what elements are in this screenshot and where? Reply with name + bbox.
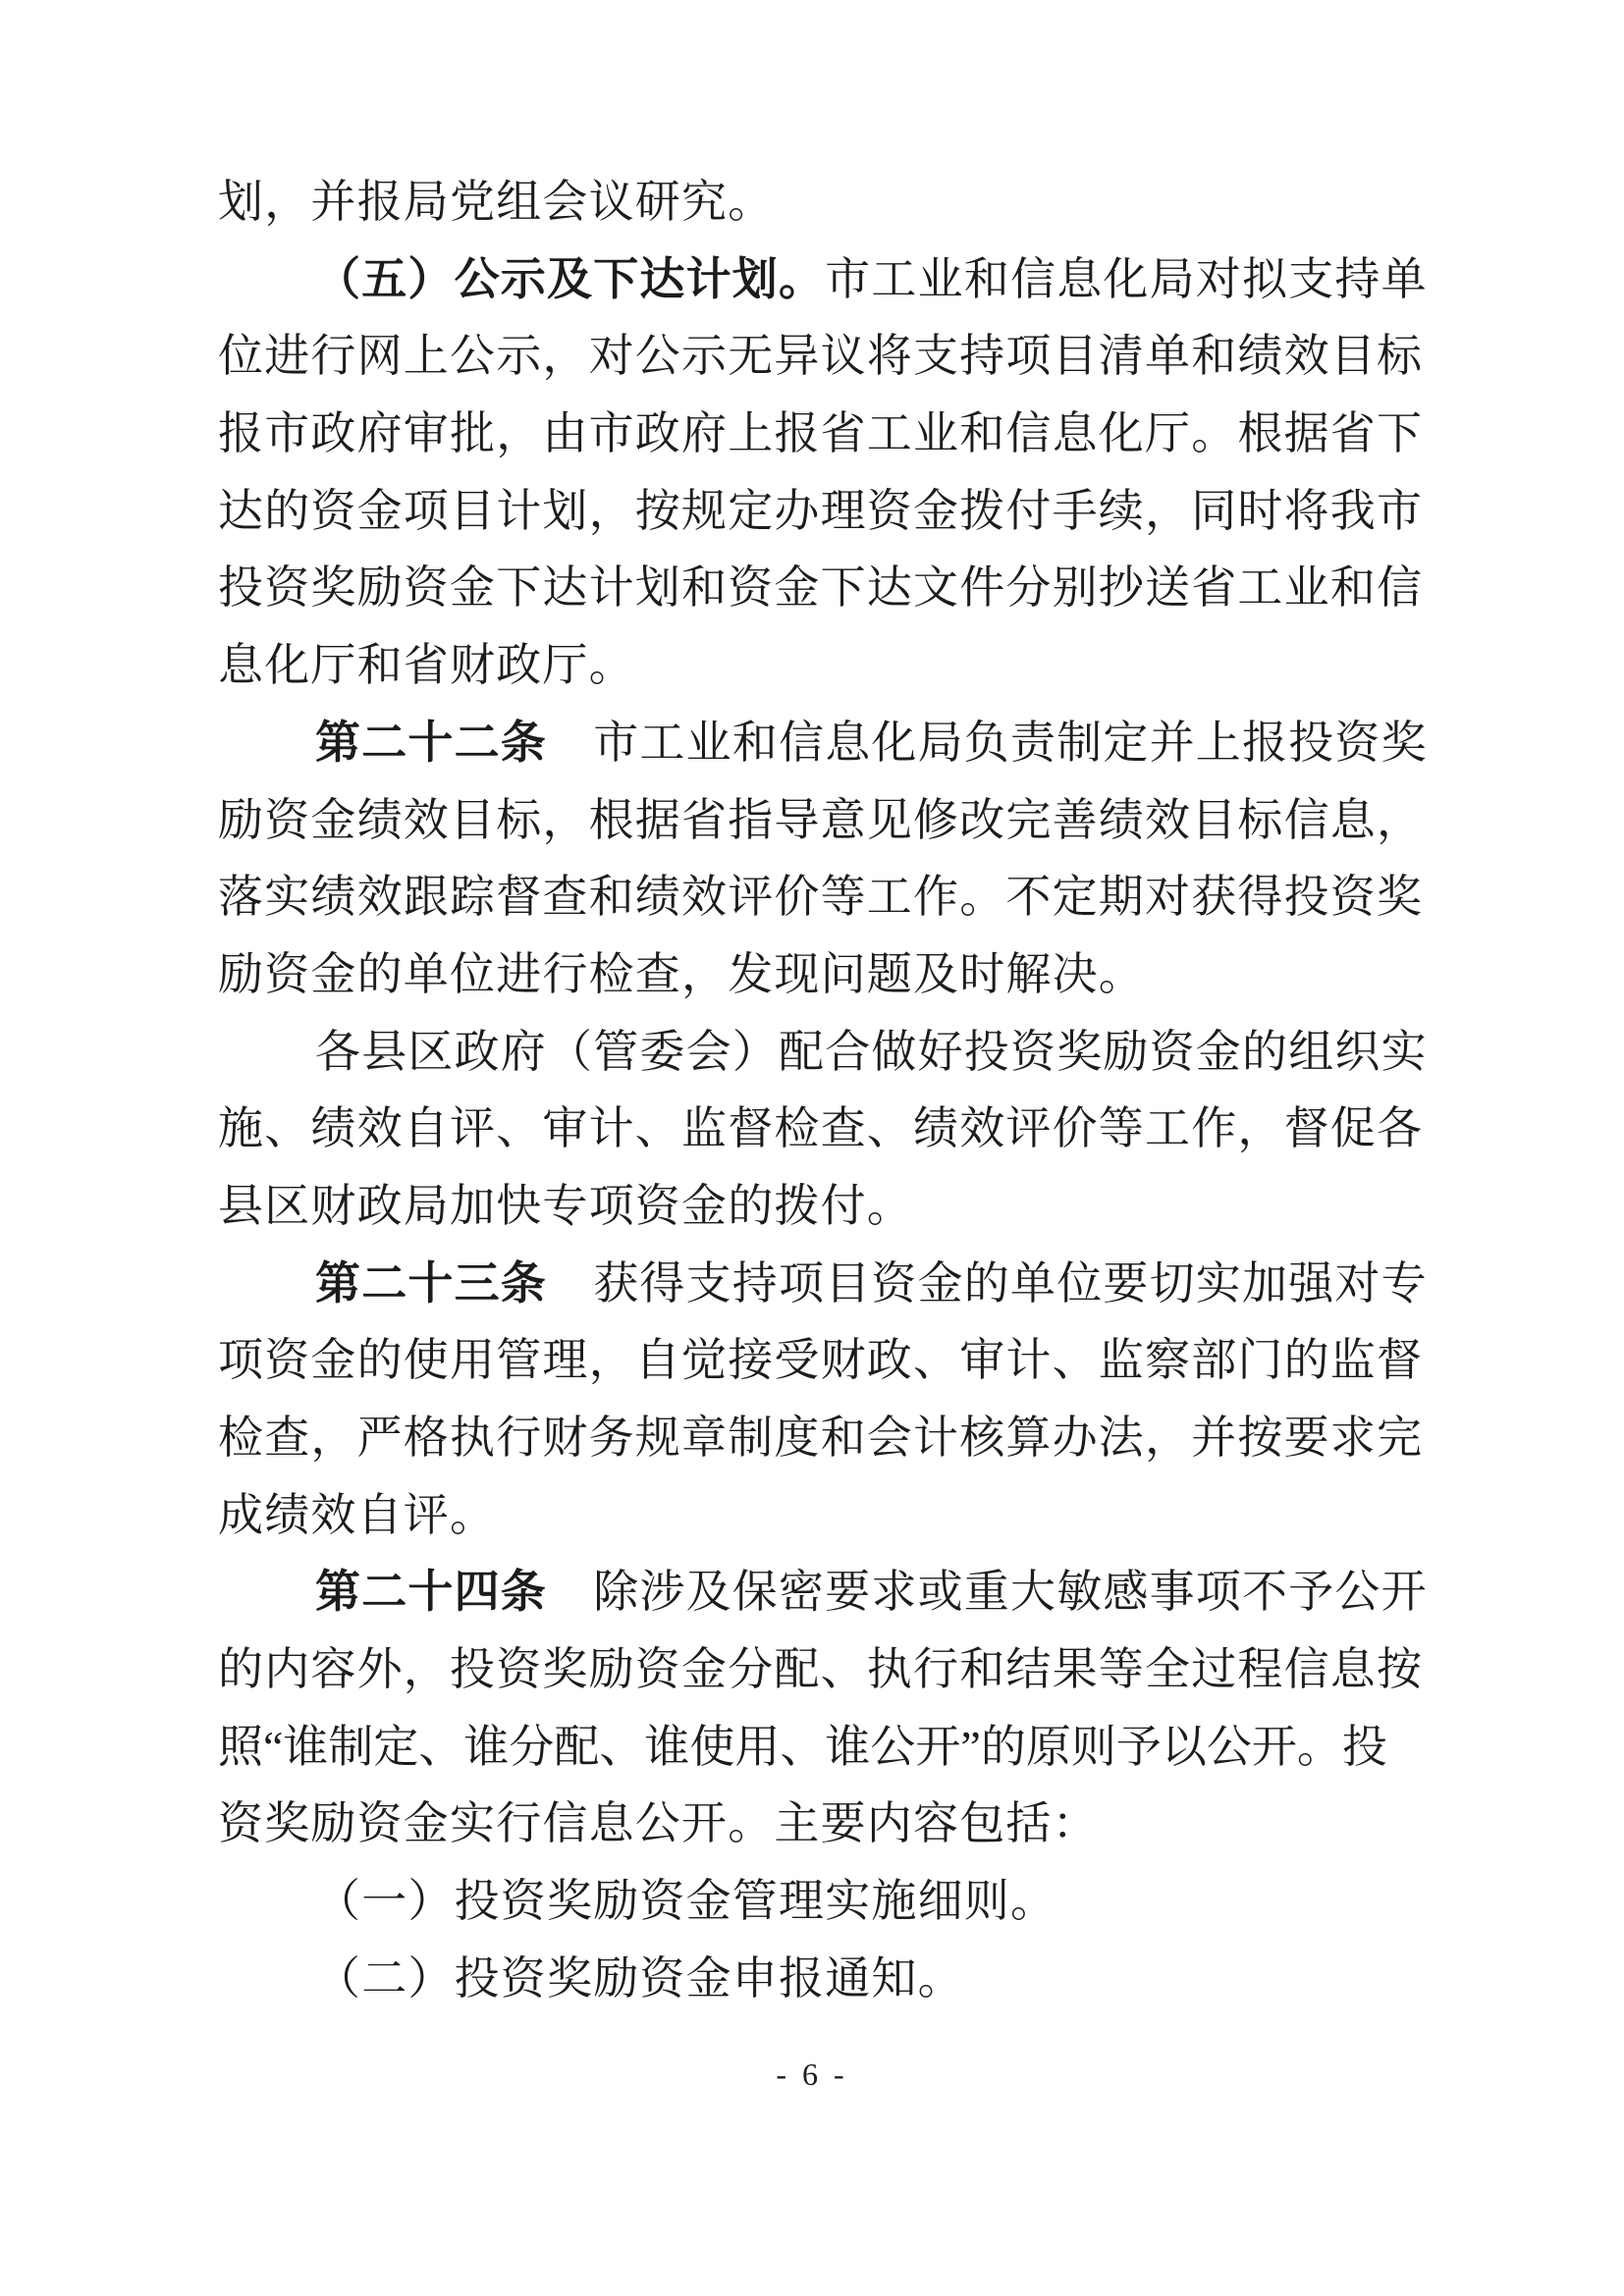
line-text: 市工业和信息化局负责制定并上报投资奖 [547, 718, 1428, 768]
bold-heading: （五）公示及下达计划。 [315, 254, 825, 304]
line-text: 划，并报局党组会议研究。 [218, 177, 774, 227]
line-text: 除涉及保密要求或重大敏感事项不予公开 [547, 1567, 1428, 1617]
line-text: 县区财政局加快专项资金的拨付。 [218, 1181, 913, 1231]
text-line: 的内容外，投资奖励资金分配、执行和结果等全过程信息按 [218, 1631, 1435, 1709]
line-text: 达的资金项目计划，按规定办理资金拨付手续，同时将我市 [218, 486, 1423, 536]
text-line: 各县区政府（管委会）配合做好投资奖励资金的组织实 [218, 1014, 1435, 1092]
text-line: 励资金的单位进行检查，发现问题及时解决。 [218, 936, 1435, 1014]
text-line: 达的资金项目计划，按规定办理资金拨付手续，同时将我市 [218, 473, 1435, 551]
line-text: 获得支持项目资金的单位要切实加强对专 [547, 1258, 1428, 1308]
line-text: 励资金绩效目标，根据省指导意见修改完善绩效目标信息， [218, 795, 1423, 845]
text-line: 位进行网上公示，对公示无异议将支持项目清单和绩效目标 [218, 318, 1435, 396]
text-line: 照“谁制定、谁分配、谁使用、谁公开”的原则予以公开。投 [218, 1709, 1435, 1787]
document-page: 划，并报局党组会议研究。 （五）公示及下达计划。市工业和信息化局对拟支持单 位进… [0, 0, 1624, 2296]
line-text: 投资奖励资金下达计划和资金下达文件分别抄送省工业和信 [218, 562, 1423, 613]
line-text: 报市政府审批，由市政府上报省工业和信息化厅。根据省下 [218, 408, 1423, 458]
text-line: 划，并报局党组会议研究。 [218, 164, 1435, 241]
bold-heading: 第二十三条 [315, 1258, 547, 1308]
page-number: - 6 - [0, 2056, 1624, 2093]
bold-heading: 第二十四条 [315, 1567, 547, 1617]
text-line: 励资金绩效目标，根据省指导意见修改完善绩效目标信息， [218, 782, 1435, 860]
line-text: 的内容外，投资奖励资金分配、执行和结果等全过程信息按 [218, 1644, 1423, 1694]
document-body: 划，并报局党组会议研究。 （五）公示及下达计划。市工业和信息化局对拟支持单 位进… [218, 164, 1435, 2018]
line-text: 市工业和信息化局对拟支持单 [825, 254, 1428, 304]
text-line: 第二十三条 获得支持项目资金的单位要切实加强对专 [218, 1246, 1435, 1323]
text-line: 投资奖励资金下达计划和资金下达文件分别抄送省工业和信 [218, 550, 1435, 627]
text-line: 报市政府审批，由市政府上报省工业和信息化厅。根据省下 [218, 396, 1435, 473]
text-line: 县区财政局加快专项资金的拨付。 [218, 1168, 1435, 1246]
text-line: 落实绩效跟踪督查和绩效评价等工作。不定期对获得投资奖 [218, 859, 1435, 936]
text-line: 成绩效自评。 [218, 1477, 1435, 1555]
text-line: 第二十二条 市工业和信息化局负责制定并上报投资奖 [218, 705, 1435, 782]
line-text: 照“谁制定、谁分配、谁使用、谁公开”的原则予以公开。投 [218, 1722, 1387, 1772]
line-text: 资奖励资金实行信息公开。主要内容包括： [218, 1798, 1099, 1848]
text-line: （二）投资奖励资金申报通知。 [218, 1941, 1435, 2018]
text-line: （五）公示及下达计划。市工业和信息化局对拟支持单 [218, 241, 1435, 319]
line-text: 施、绩效自评、审计、监督检查、绩效评价等工作，督促各 [218, 1103, 1423, 1153]
line-text: 位进行网上公示，对公示无异议将支持项目清单和绩效目标 [218, 331, 1423, 381]
line-text: 项资金的使用管理，自觉接受财政、审计、监察部门的监督 [218, 1335, 1423, 1385]
text-line: 资奖励资金实行信息公开。主要内容包括： [218, 1786, 1435, 1863]
text-line: 施、绩效自评、审计、监督检查、绩效评价等工作，督促各 [218, 1091, 1435, 1168]
bold-heading: 第二十二条 [315, 718, 547, 768]
line-text: 息化厅和省财政厅。 [218, 640, 635, 690]
line-text: （一）投资奖励资金管理实施细则。 [315, 1876, 1056, 1926]
line-text: 落实绩效跟踪督查和绩效评价等工作。不定期对获得投资奖 [218, 872, 1423, 922]
line-text: 成绩效自评。 [218, 1490, 496, 1540]
text-line: 第二十四条 除涉及保密要求或重大敏感事项不予公开 [218, 1554, 1435, 1631]
text-line: 息化厅和省财政厅。 [218, 627, 1435, 705]
line-text: 检查，严格执行财务规章制度和会计核算办法，并按要求完 [218, 1413, 1423, 1463]
text-line: （一）投资奖励资金管理实施细则。 [218, 1863, 1435, 1941]
line-text: 各县区政府（管委会）配合做好投资奖励资金的组织实 [315, 1027, 1428, 1077]
line-text: 励资金的单位进行检查，发现问题及时解决。 [218, 949, 1145, 999]
text-line: 检查，严格执行财务规章制度和会计核算办法，并按要求完 [218, 1400, 1435, 1477]
text-line: 项资金的使用管理，自觉接受财政、审计、监察部门的监督 [218, 1322, 1435, 1400]
line-text: （二）投资奖励资金申报通知。 [315, 1953, 964, 2003]
